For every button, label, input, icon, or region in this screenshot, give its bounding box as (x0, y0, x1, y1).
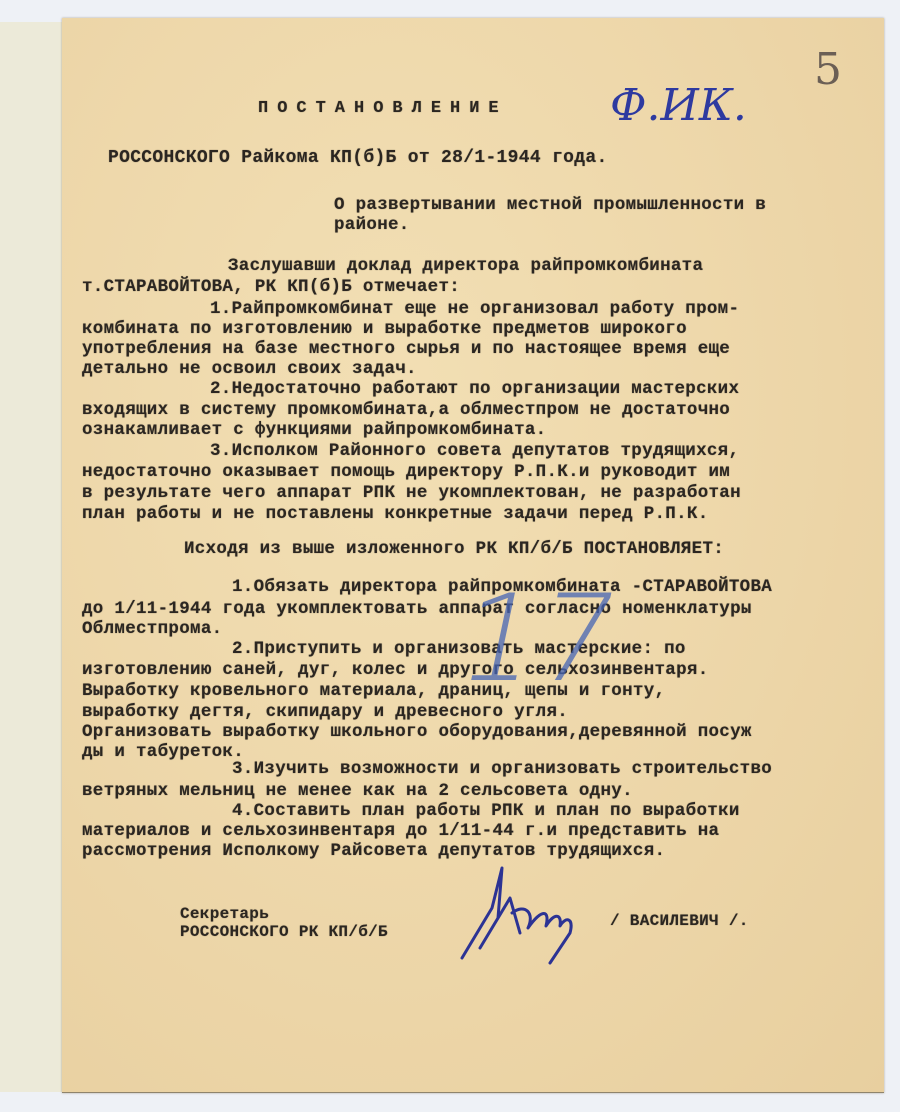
findings-line: употребления на базе местного сырья и по… (82, 338, 730, 360)
findings-line: 1.Райпромкомбинат еще не организовал раб… (210, 298, 739, 320)
resolution-heading: Исходя из выше изложенного РК КП/б/Б ПОС… (184, 538, 724, 560)
document-subtitle: РОССОНСКОГО Райкома КП(б)Б от 28/1-1944 … (108, 147, 608, 169)
page-number: 5 (814, 44, 842, 95)
findings-line: план работы и не поставлены конкретные з… (82, 503, 709, 525)
resolution-line: ветряных мельниц не менее как на 2 сельс… (82, 780, 633, 802)
backing-sheet (0, 22, 65, 1092)
resolution-line: 3.Изучить возможности и организовать стр… (232, 758, 772, 780)
findings-line: 2.Недостаточно работают по организации м… (210, 378, 739, 400)
subject-line: О развертывании местной промышленности в (334, 194, 766, 216)
resolution-line: Облместпрома. (82, 618, 222, 640)
signatory-name: / ВАСИЛЕВИЧ /. (610, 910, 749, 932)
findings-line: входящих в систему промкомбината,а облме… (82, 399, 730, 421)
findings-line: комбината по изготовлению и выработке пр… (82, 318, 687, 340)
subject-line: районе. (334, 214, 410, 236)
preamble-line: т.СТАРАВОЙТОВА, РК КП(б)Б отмечает: (82, 276, 460, 298)
findings-line: ознакамливает с функциями райпромкомбина… (82, 419, 546, 441)
preamble-line: Заслушавши доклад директора райпромкомби… (228, 255, 703, 277)
handwritten-annotation: Ф.ИК. (610, 80, 747, 131)
resolution-line: до 1/11-1944 года укомплектовать аппарат… (82, 598, 752, 620)
findings-line: недостаточно оказывает помощь директору … (82, 461, 730, 483)
signatory-organization: РОССОНСКОГО РК КП/б/Б (180, 921, 388, 943)
resolution-line: Организовать выработку школьного оборудо… (82, 721, 752, 743)
findings-line: детально не освоил своих задач. (82, 358, 417, 380)
resolution-line: изготовлению саней, дуг, колес и другого… (82, 659, 709, 681)
resolution-line: 4.Составить план работы РПК и план по вы… (232, 800, 740, 822)
document-title: ПОСТАНОВЛЕНИЕ (258, 98, 508, 120)
resolution-line: материалов и сельхозинвентаря до 1/11-44… (82, 820, 719, 842)
findings-line: в результате чего аппарат РПК не укомпле… (82, 482, 741, 504)
findings-line: 3.Исполком Районного совета депутатов тр… (210, 440, 739, 462)
signature (450, 858, 600, 968)
handwritten-number: 17 (447, 570, 629, 709)
resolution-line: ды и табуреток. (82, 741, 244, 763)
document-page: 5 ПОСТАНОВЛЕНИЕ Ф.ИК. РОССОНСКОГО Райком… (62, 18, 884, 1093)
